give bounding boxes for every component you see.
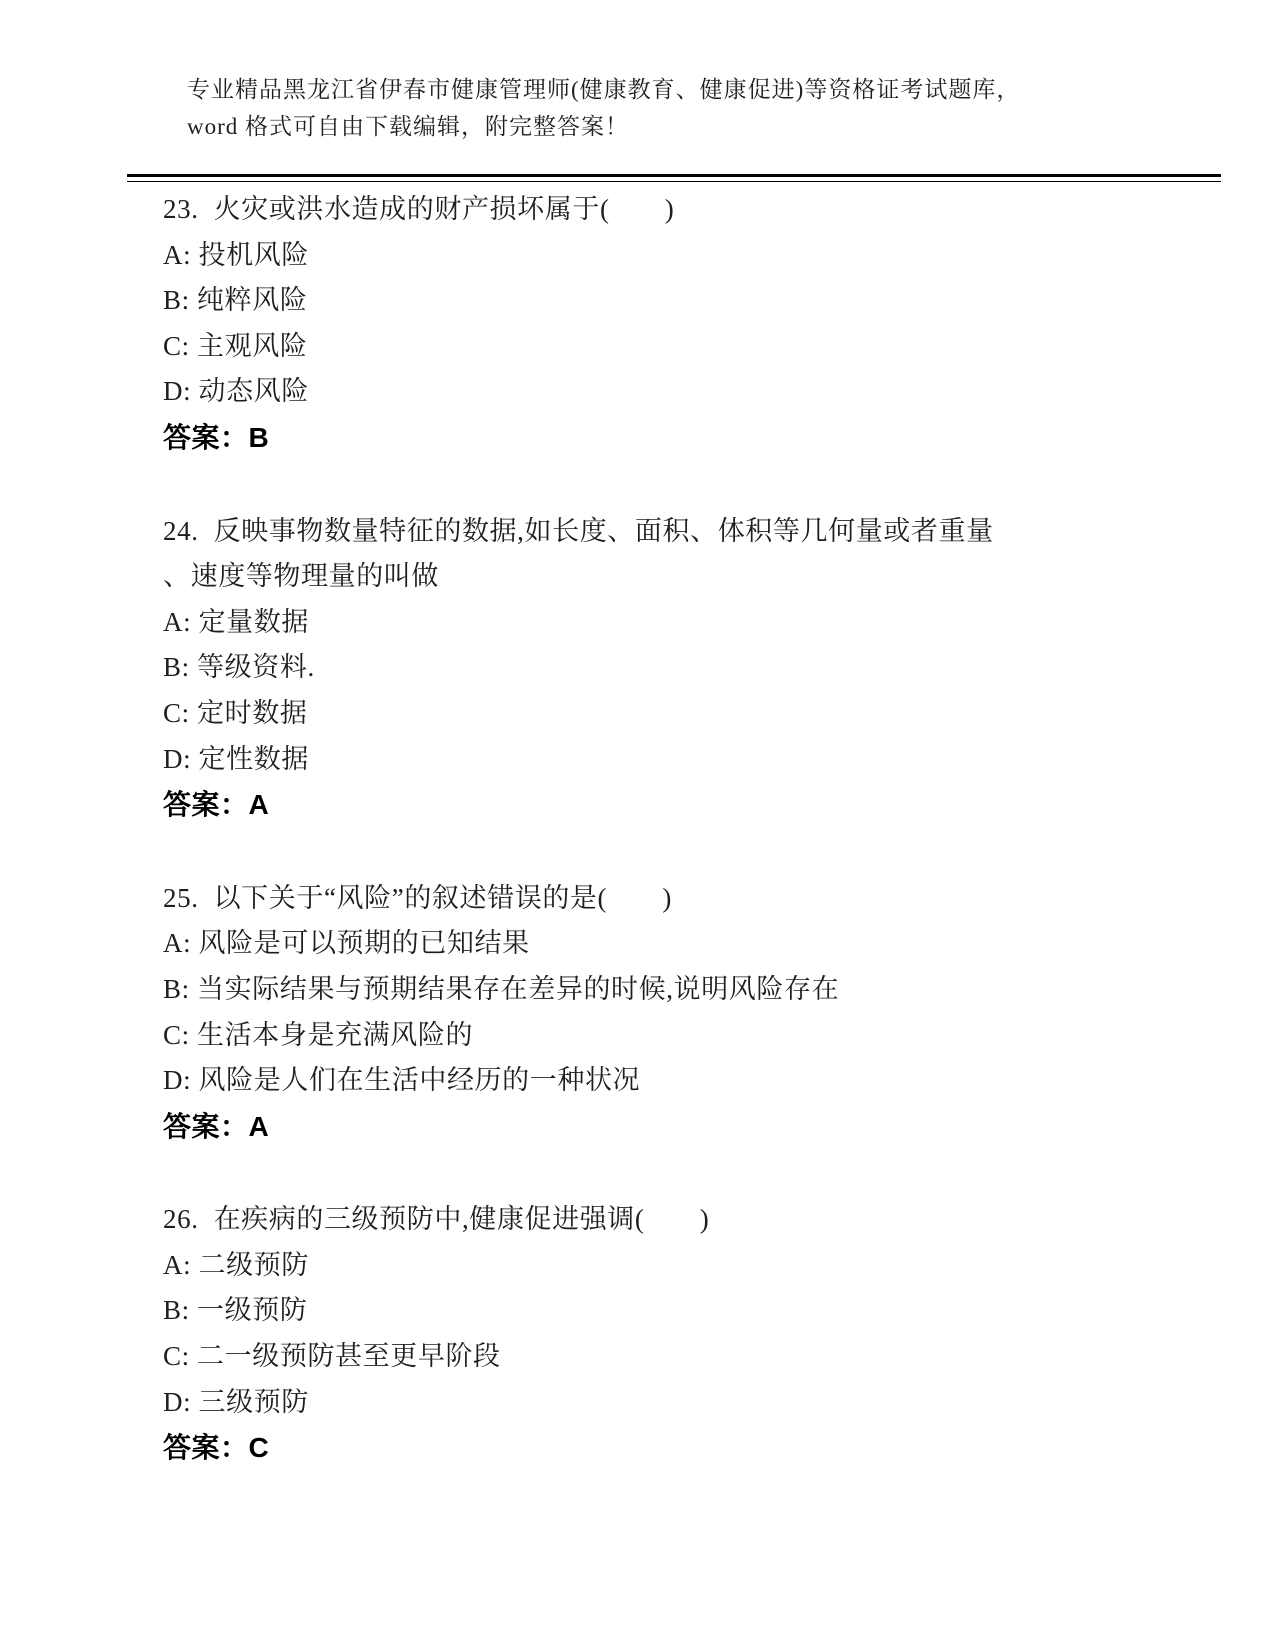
question-text: 在疾病的三级预防中,健康促进强调( ) xyxy=(214,1204,710,1234)
option-c: C: 主观风险 xyxy=(163,324,1068,370)
option-c: C: 二一级预防甚至更早阶段 xyxy=(163,1334,1068,1380)
option-a: A: 二级预防 xyxy=(163,1243,1068,1289)
question-block-25: 25.以下关于“风险”的叙述错误的是( ) A: 风险是可以预期的已知结果 B:… xyxy=(163,876,1068,1150)
document-header: 专业精品黑龙江省伊春市健康管理师(健康教育、健康促进)等资格证考试题库， wor… xyxy=(187,71,1107,145)
answer-line: 答案：A xyxy=(163,1104,1068,1150)
option-d: D: 三级预防 xyxy=(163,1380,1068,1426)
option-b: B: 当实际结果与预期结果存在差异的时候,说明风险存在 xyxy=(163,967,1068,1013)
answer-line: 答案：B xyxy=(163,415,1068,461)
question-text: 以下关于“风险”的叙述错误的是( ) xyxy=(214,883,672,913)
answer-value: A xyxy=(249,789,270,820)
answer-label: 答案： xyxy=(163,422,249,453)
answer-value: C xyxy=(249,1432,270,1463)
answer-line: 答案：C xyxy=(163,1425,1068,1471)
option-d: D: 动态风险 xyxy=(163,369,1068,415)
question-line: 23.火灾或洪水造成的财产损坏属于( ) xyxy=(163,187,1068,233)
header-text: 专业精品黑龙江省伊春市健康管理师(健康教育、健康促进)等资格证考试题库， wor… xyxy=(187,71,1107,145)
answer-line: 答案：A xyxy=(163,782,1068,828)
option-c: C: 定时数据 xyxy=(163,691,1068,737)
option-c: C: 生活本身是充满风险的 xyxy=(163,1013,1068,1059)
question-number: 23. xyxy=(163,194,199,224)
option-b: B: 一级预防 xyxy=(163,1288,1068,1334)
question-line: 25.以下关于“风险”的叙述错误的是( ) xyxy=(163,876,1068,922)
option-b: B: 等级资料. xyxy=(163,645,1068,691)
question-block-23: 23.火灾或洪水造成的财产损坏属于( ) A: 投机风险 B: 纯粹风险 C: … xyxy=(163,187,1068,461)
question-block-26: 26.在疾病的三级预防中,健康促进强调( ) A: 二级预防 B: 一级预防 C… xyxy=(163,1197,1068,1471)
question-block-24: 24.反映事物数量特征的数据,如长度、面积、体积等几何量或者重量 、速度等物理量… xyxy=(163,509,1068,828)
option-b: B: 纯粹风险 xyxy=(163,278,1068,324)
question-number: 26. xyxy=(163,1204,199,1234)
option-a: A: 风险是可以预期的已知结果 xyxy=(163,921,1068,967)
question-line: 24.反映事物数量特征的数据,如长度、面积、体积等几何量或者重量 、速度等物理量… xyxy=(163,509,1068,600)
answer-label: 答案： xyxy=(163,1432,249,1463)
option-d: D: 风险是人们在生活中经历的一种状况 xyxy=(163,1058,1068,1104)
option-a: A: 定量数据 xyxy=(163,600,1068,646)
question-number: 24. xyxy=(163,516,199,546)
answer-value: B xyxy=(249,422,270,453)
question-text: 火灾或洪水造成的财产损坏属于( ) xyxy=(214,194,675,224)
answer-value: A xyxy=(249,1111,270,1142)
question-text: 反映事物数量特征的数据,如长度、面积、体积等几何量或者重量 、速度等物理量的叫做 xyxy=(163,516,994,592)
question-number: 25. xyxy=(163,883,199,913)
header-rule xyxy=(127,174,1221,182)
questions-area: 23.火灾或洪水造成的财产损坏属于( ) A: 投机风险 B: 纯粹风险 C: … xyxy=(163,187,1068,1471)
option-a: A: 投机风险 xyxy=(163,233,1068,279)
document-page: 专业精品黑龙江省伊春市健康管理师(健康教育、健康促进)等资格证考试题库， wor… xyxy=(0,0,1275,1650)
answer-label: 答案： xyxy=(163,1111,249,1142)
question-line: 26.在疾病的三级预防中,健康促进强调( ) xyxy=(163,1197,1068,1243)
option-d: D: 定性数据 xyxy=(163,737,1068,783)
answer-label: 答案： xyxy=(163,789,249,820)
